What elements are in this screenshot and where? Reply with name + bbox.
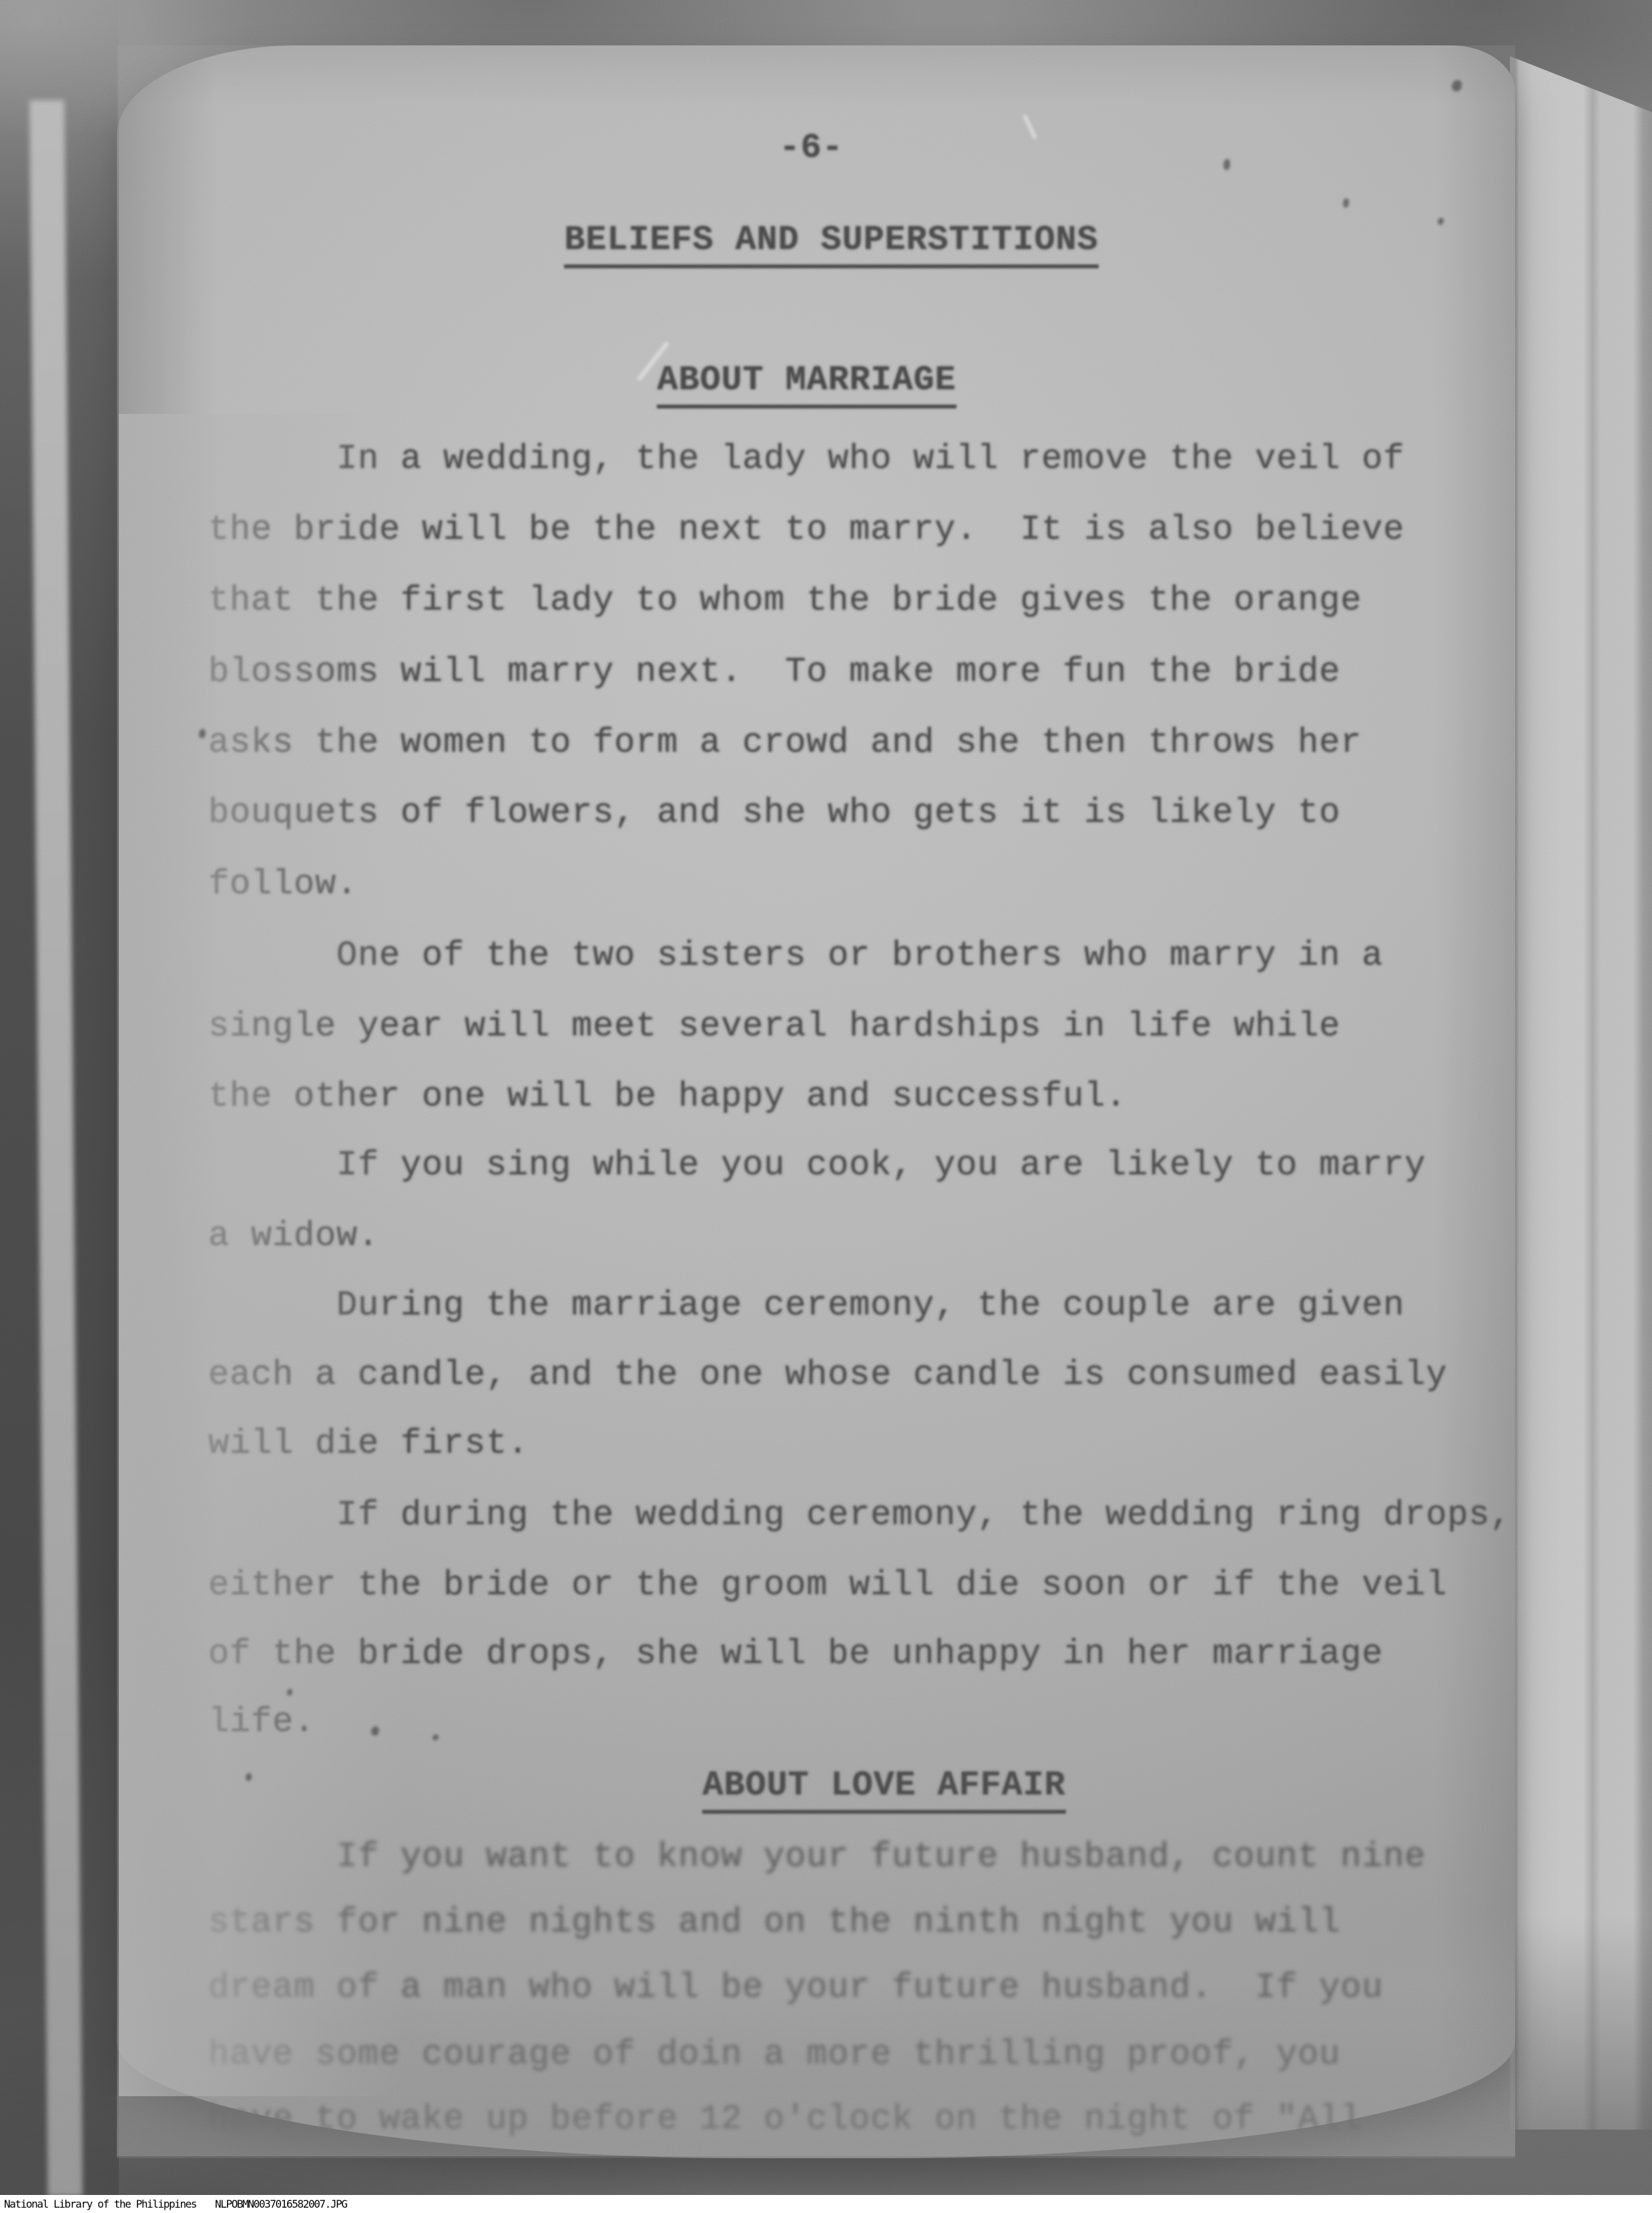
text-line-body-21: life.	[208, 1702, 1405, 1742]
text-line-body-24: stars for nine nights and on the ninth n…	[208, 1903, 1405, 1943]
text-line-body-12: the other one will be happy and successf…	[208, 1077, 1405, 1117]
text-line-body-16: each a candle, and the one whose candle …	[208, 1355, 1405, 1395]
text-line-body-11: single year will meet several hardships …	[208, 1007, 1405, 1047]
text-line-body-20: of the bride drops, she will be unhappy …	[208, 1634, 1405, 1674]
text-line-page-number-0: -6-	[213, 128, 1410, 168]
text-line-heading-22: ABOUT LOVE AFFAIR	[286, 1766, 1482, 1806]
text-line-body-18: If during the wedding ceremony, the wedd…	[208, 1495, 1533, 1535]
library-watermark-bar: National Library of the Philippines NLPO…	[0, 2195, 1652, 2213]
text-line-body-7: asks the women to form a crowd and she t…	[208, 723, 1405, 763]
typewritten-text-layer: -6-BELIEFS AND SUPERSTITIONSABOUT MARRIA…	[0, 0, 1652, 2213]
scanned-document-photo: -6-BELIEFS AND SUPERSTITIONSABOUT MARRIA…	[0, 0, 1652, 2213]
text-line-body-13: If you sing while you cook, you are like…	[208, 1146, 1533, 1186]
text-line-body-15: During the marriage ceremony, the couple…	[208, 1286, 1533, 1326]
text-line-body-23: If you want to know your future husband,…	[208, 1837, 1533, 1877]
text-line-body-25: dream of a man who will be your future h…	[208, 1968, 1405, 2008]
text-line-body-6: blossoms will marry next. To make more f…	[208, 652, 1405, 692]
library-name-label: National Library of the Philippines	[4, 2195, 196, 2213]
scan-filename-label: NLPOBMN0037016582007.JPG	[215, 2195, 347, 2213]
text-line-heading-2: ABOUT MARRIAGE	[208, 360, 1405, 401]
text-line-body-8: bouquets of flowers, and she who gets it…	[208, 793, 1405, 833]
text-line-body-19: either the bride or the groom will die s…	[208, 1565, 1405, 1606]
text-line-body-14: a widow.	[208, 1216, 1405, 1256]
text-line-body-26: have some courage of doin a more thrilli…	[208, 2035, 1405, 2075]
text-line-body-5: that the first lady to whom the bride gi…	[208, 581, 1405, 621]
text-line-body-10: One of the two sisters or brothers who m…	[208, 936, 1533, 976]
text-line-body-9: follow.	[208, 865, 1405, 905]
text-line-body-3: In a wedding, the lady who will remove t…	[208, 439, 1533, 479]
text-line-title-1: BELIEFS AND SUPERSTITIONS	[233, 220, 1430, 260]
text-line-body-4: the bride will be the next to marry. It …	[208, 510, 1405, 550]
text-line-body-17: will die first.	[208, 1424, 1405, 1464]
text-line-body-27: have to wake up before 12 o'clock on the…	[208, 2100, 1405, 2140]
